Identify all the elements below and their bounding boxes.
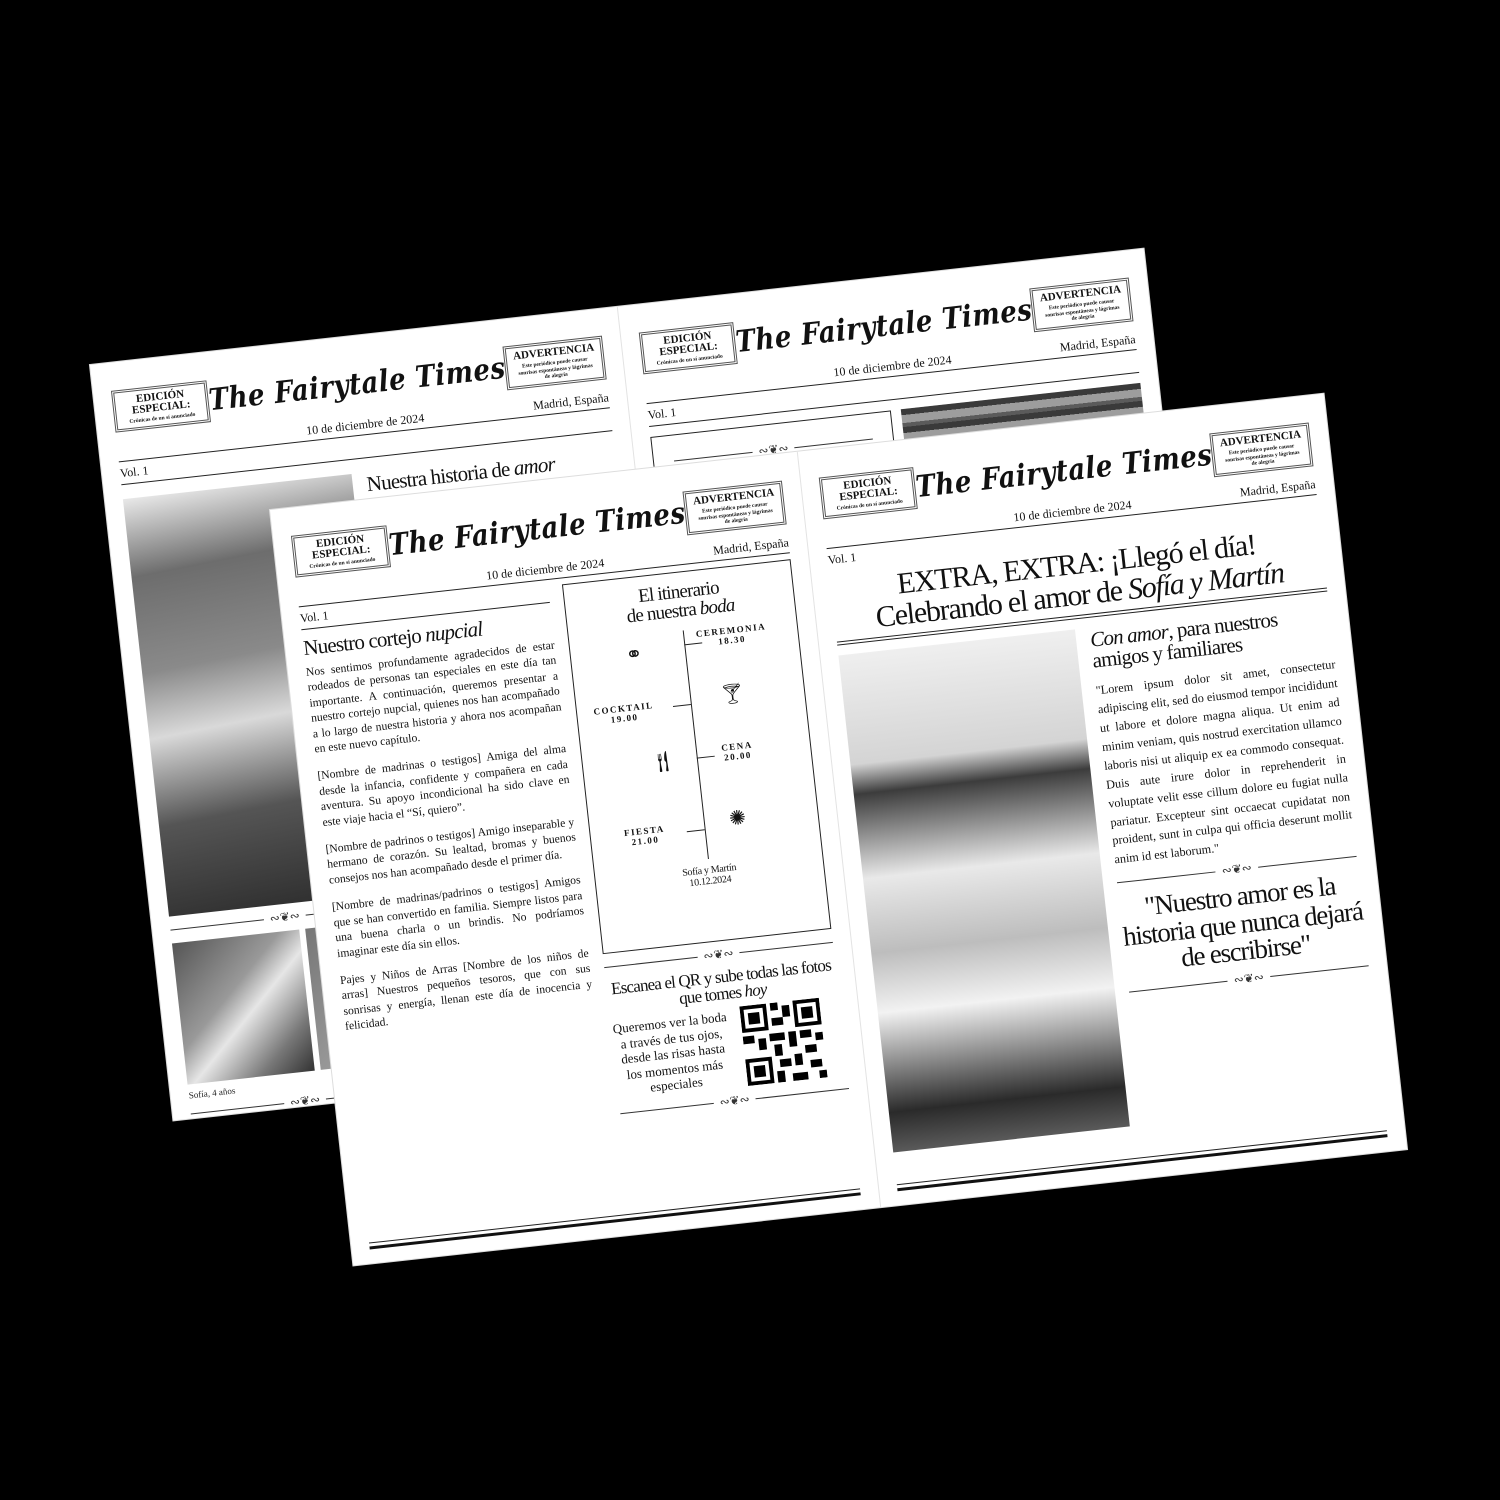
front-left-page: EDICIÓN ESPECIAL: Crónicas de un sí anun… [270, 452, 880, 1266]
qr-code-icon[interactable] [739, 998, 827, 1086]
bridesmaids-paragraph: [Nombre de madrinas o testigos] Amiga de… [317, 741, 572, 830]
photo-caption: Sofía, 4 años [188, 1085, 236, 1100]
qr-description: Queremos ver la boda a través de tus ojo… [610, 1009, 736, 1099]
front-right-page: EDICIÓN ESPECIAL: Crónicas de un sí anun… [797, 394, 1407, 1208]
pages-paragraph: Pajes y Niños de Arras [Nombre de los ni… [339, 946, 594, 1035]
front-newspaper-sheet: EDICIÓN ESPECIAL: Crónicas de un sí anun… [270, 394, 1407, 1266]
event-cocktail: COCKTAIL19.00 [593, 700, 655, 727]
cocktail-glass-icon: 🍸︎ [718, 680, 746, 708]
special-edition-box: EDICIÓN ESPECIAL: Crónicas de un sí anun… [291, 525, 391, 578]
special-edition-box: EDICIÓN ESPECIAL: Crónicas de un sí anun… [639, 322, 738, 375]
itinerary-box: El itinerario de nuestra boda CEREMONIA1… [562, 559, 831, 954]
disco-ball-icon: ✺ [728, 805, 747, 832]
event-ceremonia: CEREMONIA18.30 [695, 621, 767, 649]
special-edition-box: EDICIÓN ESPECIAL: Crónicas de un sí anun… [111, 380, 211, 433]
rings-icon: ⚭ [624, 641, 643, 668]
fork-knife-icon: 🍴︎ [649, 748, 677, 776]
itinerary-timeline: CEREMONIA18.30 ⚭ COCKTAIL19.00 🍸︎ CENA20… [577, 619, 813, 871]
event-cena: CENA20.00 [721, 739, 755, 762]
warning-box: ADVERTENCIA Este periódico puede causar … [683, 480, 787, 535]
warning-box: ADVERTENCIA Este periódico puede causar … [1210, 422, 1314, 477]
wedding-party-body: Nos sentimos profundamente agradecidos d… [305, 638, 594, 1035]
event-fiesta: FIESTA21.00 [623, 824, 666, 848]
lorem-body: "Lorem ipsum dolor sit amet, consectetur… [1095, 655, 1355, 869]
couple-photo [838, 630, 1129, 1153]
warning-box: ADVERTENCIA Este periódico puede causar … [1030, 277, 1134, 332]
childhood-photo: Sofía, 4 años [172, 929, 315, 1084]
special-edition-box: EDICIÓN ESPECIAL: Crónicas de un sí anun… [819, 467, 918, 520]
warning-box: ADVERTENCIA Este periódico puede causar … [503, 335, 607, 390]
witnesses-paragraph: [Nombre de madrinas/padrinos o testigos]… [331, 872, 586, 961]
